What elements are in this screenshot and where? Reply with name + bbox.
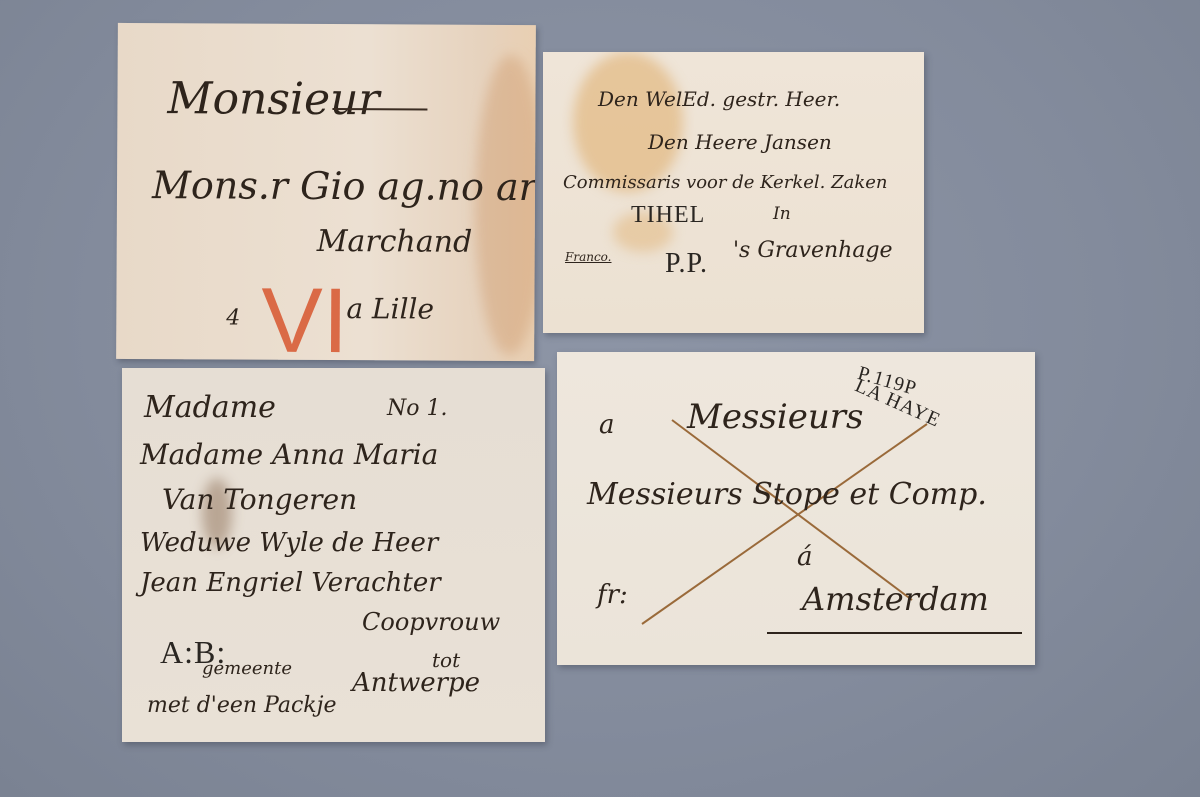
letter-bottom-right: a Messieurs Messieurs Stope et Comp. á A… (557, 352, 1035, 665)
address-line: Weduwe Wyle de Heer (140, 528, 438, 558)
letter-top-right: Den WelEd. gestr. Heer. Den Heere Jansen… (543, 52, 924, 333)
rate-mark: 4 (226, 305, 240, 330)
address-line: Coopvrouw (362, 608, 500, 636)
town-postmark: TIHEL (631, 202, 705, 229)
stain (573, 52, 683, 192)
address-line: Den WelEd. gestr. Heer. (598, 87, 840, 111)
address-line: a Lille (346, 292, 434, 325)
address-line: Antwerpe (352, 668, 480, 698)
franco-note: Franco. (565, 250, 612, 264)
address-line: Monsieur (167, 73, 379, 125)
ab-mark: A:B: (160, 634, 226, 671)
address-line: Jean Engriel Verachter (140, 568, 441, 598)
address-line: Madame (144, 390, 276, 425)
address-line: Van Tongeren (162, 483, 357, 516)
address-line: Amsterdam (802, 580, 989, 618)
address-line: Marchand (317, 224, 473, 260)
address-line: Messieurs Stope et Comp. (587, 477, 987, 512)
pp-postmark: P.P. (665, 248, 708, 280)
address-line: á (797, 542, 813, 572)
address-line: Messieurs (687, 397, 863, 437)
address-line: 's Gravenhage (733, 238, 893, 263)
red-crayon-mark: VI (261, 269, 348, 361)
franco-note: fr: (597, 580, 628, 610)
address-line: Mons.r Gio ag.no arono (152, 163, 536, 209)
address-line: Madame Anna Maria (140, 438, 438, 471)
address-line: Commissaris voor de Kerkel. Zaken (563, 172, 887, 193)
address-line: Den Heere Jansen (648, 130, 832, 154)
letter-top-left: Monsieur Mons.r Gio ag.no arono Marchand… (116, 23, 536, 361)
underline (767, 632, 1022, 634)
note-line: met d'een Packje (147, 693, 336, 718)
address-line: a (599, 410, 615, 440)
letter-number: No 1. (387, 396, 447, 421)
address-line: In (773, 204, 791, 224)
letter-bottom-left: Madame No 1. Madame Anna Maria Van Tonge… (122, 368, 545, 742)
